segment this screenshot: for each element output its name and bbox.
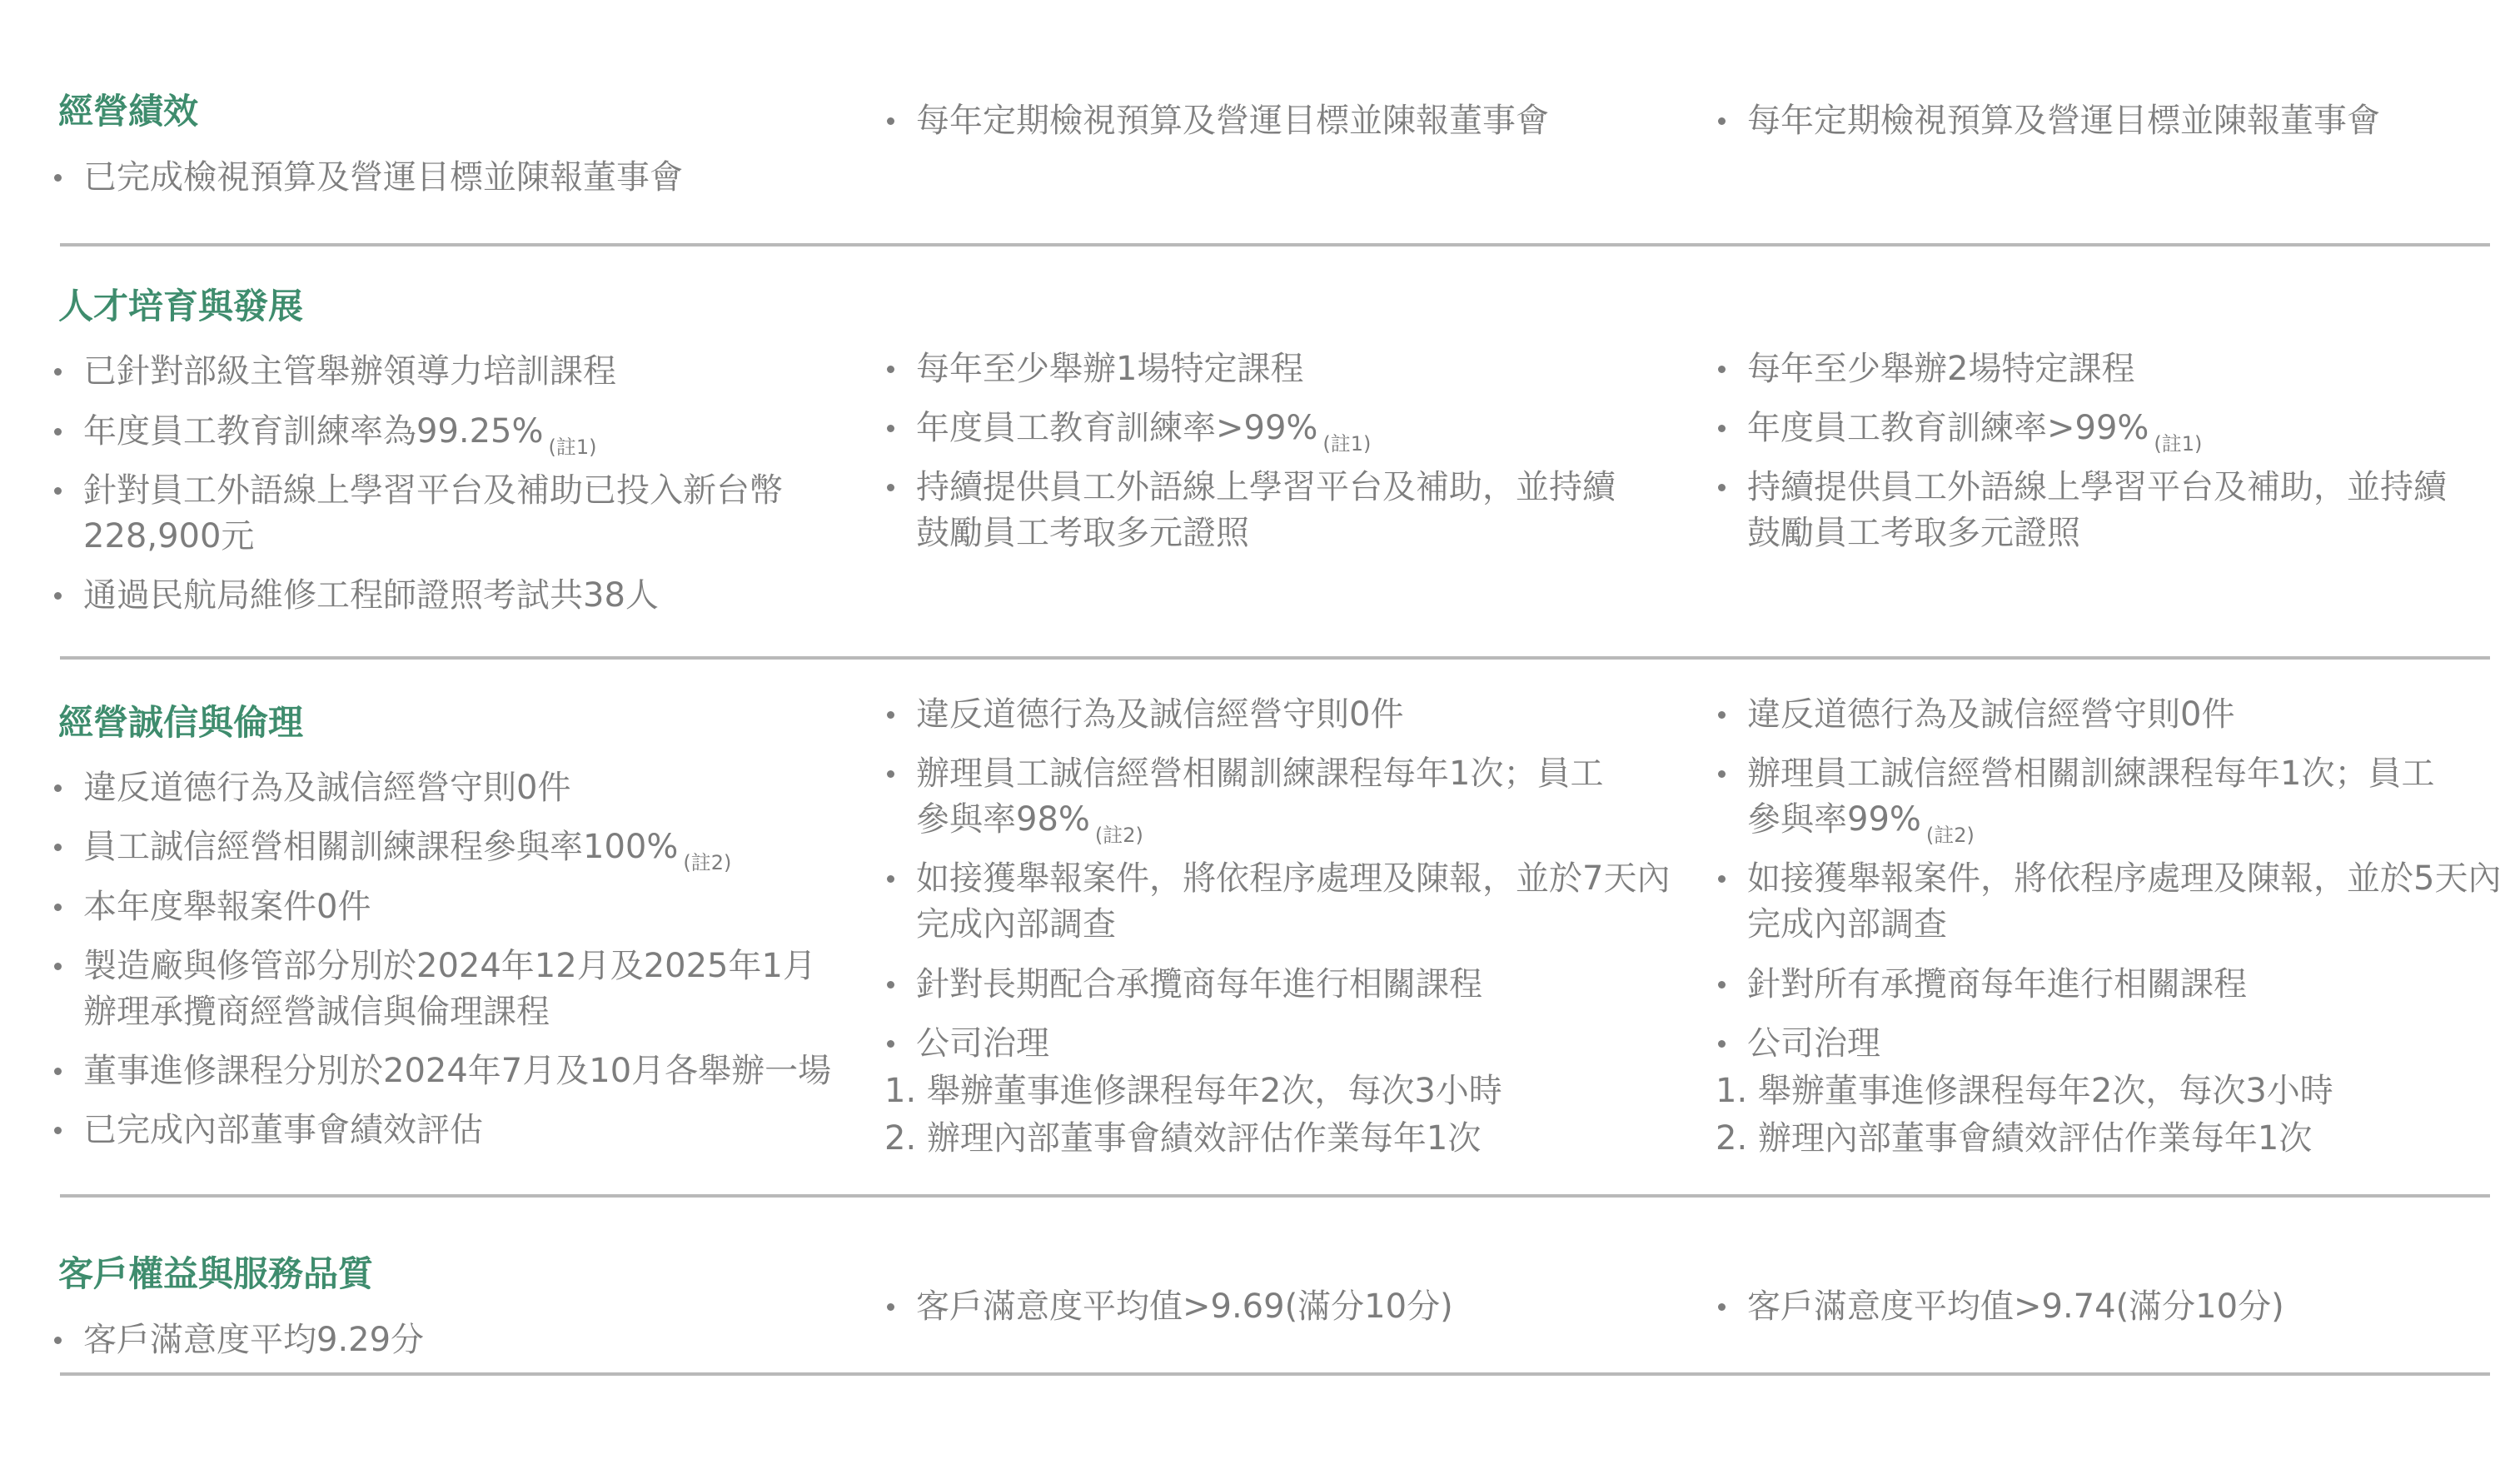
- table-row: 人才培育與發展 已針對部級主管舉辦領導力培訓課程 年度員工教育訓練率為99.25…: [0, 246, 2520, 656]
- bullet-text: 每年定期檢視預算及營運目標並陳報董事會: [1747, 98, 2380, 144]
- bullet-dot-icon: [1716, 98, 1747, 144]
- bullet-text: 違反道德行為及誠信經營守則0件: [83, 765, 570, 811]
- column-1-cell: 經營誠信與倫理 違反道德行為及誠信經營守則0件 員工誠信經營相關訓練課程參與率1…: [52, 700, 884, 1154]
- bullet-dot-icon: [1716, 465, 1747, 556]
- column-3-cell: 每年至少舉辦2場特定課程 年度員工教育訓練率>99%(註1) 持續提供員工外語線…: [1716, 346, 2493, 557]
- bullet-dot-icon: [1716, 406, 1747, 451]
- list-item: 公司治理: [884, 1021, 1716, 1067]
- section-title: 經營誠信與倫理: [58, 700, 884, 746]
- sub-list-item: 2. 辦理內部董事會績效評估作業每年1次: [1716, 1116, 2493, 1162]
- list-item: 已完成內部董事會績效評估: [52, 1108, 884, 1153]
- column-3-cell: 客戶滿意度平均值>9.74(滿分10分): [1716, 1284, 2493, 1330]
- esg-report-page: { "colors": { "section_title_green": "#3…: [0, 0, 2520, 1479]
- footnote-ref: (註2): [1095, 824, 1143, 847]
- sub-list-item: 1. 舉辦董事進修課程每年2次，每次3小時: [1716, 1068, 2493, 1114]
- bullet-text: 通過民航局維修工程師證照考試共38人: [83, 573, 659, 619]
- bullet-text: 完成內部調查: [916, 902, 1670, 948]
- bullet-text: 製造廠與修管部分別於2024年12月及2025年1月: [83, 944, 816, 989]
- bullet-dot-icon: [1716, 1284, 1747, 1330]
- list-item: 違反道德行為及誠信經營守則0件: [884, 692, 1716, 738]
- bullet-dot-icon: [52, 884, 83, 930]
- table-row: 經營誠信與倫理 違反道德行為及誠信經營守則0件 員工誠信經營相關訓練課程參與率1…: [0, 660, 2520, 1194]
- bullet-dot-icon: [52, 468, 83, 560]
- bullet-dot-icon: [884, 856, 916, 948]
- list-item: 辦理員工誠信經營相關訓練課程每年1次；員工 參與率99%(註2): [1716, 751, 2493, 843]
- list-item: 如接獲舉報案件，將依程序處理及陳報，並於7天內 完成內部調查: [884, 856, 1716, 948]
- column-2-cell: 客戶滿意度平均值>9.69(滿分10分): [884, 1284, 1716, 1330]
- bullet-text: 已針對部級主管舉辦領導力培訓課程: [83, 349, 616, 395]
- bullet-dot-icon: [1716, 962, 1747, 1008]
- footnote-ref: (註1): [2154, 432, 2202, 456]
- bullet-text: 完成內部調查: [1747, 902, 2493, 948]
- bullet-text: 客戶滿意度平均值>9.74(滿分10分): [1747, 1284, 2284, 1330]
- esg-goals-table: 經營績效 已完成檢視預算及營運目標並陳報董事會 每年定期檢視預算及營運目標並陳報…: [0, 0, 2520, 1376]
- bullet-dot-icon: [52, 824, 83, 870]
- bullet-text: 董事進修課程分別於2024年7月及10月各舉辦一場: [83, 1048, 831, 1094]
- bullet-dot-icon: [1716, 751, 1747, 843]
- list-item: 客戶滿意度平均9.29分: [52, 1317, 884, 1363]
- column-2-cell: 每年至少舉辦1場特定課程 年度員工教育訓練率>99%(註1) 持續提供員工外語線…: [884, 346, 1716, 557]
- list-item: 年度員工教育訓練率>99%(註1): [1716, 406, 2493, 451]
- sub-list-item: 1. 舉辦董事進修課程每年2次，每次3小時: [884, 1068, 1716, 1114]
- bullet-text: 如接獲舉報案件，將依程序處理及陳報，並於5天內: [1747, 856, 2493, 902]
- bullet-text: 公司治理: [916, 1021, 1049, 1067]
- list-item: 本年度舉報案件0件: [52, 884, 884, 930]
- bullet-dot-icon: [884, 346, 916, 392]
- bullet-text: 已完成檢視預算及營運目標並陳報董事會: [83, 155, 683, 201]
- bullet-dot-icon: [52, 1048, 83, 1094]
- list-item: 如接獲舉報案件，將依程序處理及陳報，並於5天內 完成內部調查: [1716, 856, 2493, 948]
- table-row: 客戶權益與服務品質 客戶滿意度平均9.29分 客戶滿意度平均值>9.69(滿分1…: [0, 1198, 2520, 1372]
- bullet-text: 鼓勵員工考取多元證照: [916, 510, 1616, 556]
- list-item: 客戶滿意度平均值>9.69(滿分10分): [884, 1284, 1716, 1330]
- bullet-dot-icon: [52, 944, 83, 1035]
- bullet-text: 年度員工教育訓練率>99%(註1): [1747, 406, 2202, 451]
- bullet-text: 違反道德行為及誠信經營守則0件: [1747, 692, 2234, 738]
- footnote-ref: (註2): [1926, 824, 1975, 847]
- list-item: 辦理員工誠信經營相關訓練課程每年1次；員工 參與率98%(註2): [884, 751, 1716, 843]
- list-item: 客戶滿意度平均值>9.74(滿分10分): [1716, 1284, 2493, 1330]
- column-1-cell: 人才培育與發展 已針對部級主管舉辦領導力培訓課程 年度員工教育訓練率為99.25…: [52, 284, 884, 620]
- bullet-text: 本年度舉報案件0件: [83, 884, 371, 930]
- list-item: 公司治理: [1716, 1021, 2493, 1067]
- bullet-dot-icon: [52, 155, 83, 201]
- bullet-dot-icon: [884, 406, 916, 451]
- column-2-cell: 每年定期檢視預算及營運目標並陳報董事會: [884, 98, 1716, 144]
- bullet-dot-icon: [52, 1317, 83, 1363]
- sub-list-item: 2. 辦理內部董事會績效評估作業每年1次: [884, 1116, 1716, 1162]
- footnote-ref: (註2): [683, 851, 731, 874]
- section-title: 客戶權益與服務品質: [58, 1252, 884, 1297]
- bullet-text: 年度員工教育訓練率為99.25%(註1): [83, 409, 597, 455]
- list-item: 持續提供員工外語線上學習平台及補助，並持續 鼓勵員工考取多元證照: [1716, 465, 2493, 556]
- section-title: 人才培育與發展: [58, 284, 884, 330]
- bullet-text: 客戶滿意度平均值>9.69(滿分10分): [916, 1284, 1453, 1330]
- bullet-text: 公司治理: [1747, 1021, 1880, 1067]
- bullet-text: 持續提供員工外語線上學習平台及補助，並持續: [1747, 465, 2447, 510]
- bullet-dot-icon: [52, 765, 83, 811]
- footnote-ref: (註1): [1322, 432, 1371, 456]
- bullet-text: 年度員工教育訓練率>99%(註1): [916, 406, 1371, 451]
- bullet-dot-icon: [52, 409, 83, 455]
- list-item: 持續提供員工外語線上學習平台及補助，並持續 鼓勵員工考取多元證照: [884, 465, 1716, 556]
- bullet-text: 每年至少舉辦1場特定課程: [916, 346, 1303, 392]
- bullet-dot-icon: [52, 573, 83, 619]
- bullet-dot-icon: [884, 962, 916, 1008]
- bullet-text: 辦理員工誠信經營相關訓練課程每年1次；員工: [1747, 751, 2434, 797]
- bullet-dot-icon: [1716, 856, 1747, 948]
- list-item: 每年定期檢視預算及營運目標並陳報董事會: [884, 98, 1716, 144]
- list-item: 針對員工外語線上學習平台及補助已投入新台幣 228,900元: [52, 468, 884, 560]
- bullet-dot-icon: [884, 692, 916, 738]
- list-item: 製造廠與修管部分別於2024年12月及2025年1月 辦理承攬商經營誠信與倫理課…: [52, 944, 884, 1035]
- list-item: 已針對部級主管舉辦領導力培訓課程: [52, 349, 884, 395]
- row-divider: [60, 1372, 2490, 1376]
- bullet-text: 針對所有承攬商每年進行相關課程: [1747, 962, 2247, 1008]
- list-item: 年度員工教育訓練率為99.25%(註1): [52, 409, 884, 455]
- bullet-text: 員工誠信經營相關訓練課程參與率100%(註2): [83, 824, 731, 870]
- list-item: 針對所有承攬商每年進行相關課程: [1716, 962, 2493, 1008]
- bullet-dot-icon: [884, 751, 916, 843]
- list-item: 違反道德行為及誠信經營守則0件: [52, 765, 884, 811]
- bullet-dot-icon: [884, 465, 916, 556]
- bullet-text: 參與率99%(註2): [1747, 797, 2434, 843]
- column-2-cell: 違反道德行為及誠信經營守則0件 辦理員工誠信經營相關訓練課程每年1次；員工 參與…: [884, 692, 1716, 1163]
- list-item: 針對長期配合承攬商每年進行相關課程: [884, 962, 1716, 1008]
- column-1-cell: 客戶權益與服務品質 客戶滿意度平均9.29分: [52, 1252, 884, 1363]
- bullet-dot-icon: [884, 1284, 916, 1330]
- bullet-text: 鼓勵員工考取多元證照: [1747, 510, 2447, 556]
- bullet-text: 違反道德行為及誠信經營守則0件: [916, 692, 1403, 738]
- bullet-dot-icon: [1716, 692, 1747, 738]
- table-row: 經營績效 已完成檢視預算及營運目標並陳報董事會 每年定期檢視預算及營運目標並陳報…: [0, 0, 2520, 243]
- list-item: 每年定期檢視預算及營運目標並陳報董事會: [1716, 98, 2493, 144]
- column-3-cell: 違反道德行為及誠信經營守則0件 辦理員工誠信經營相關訓練課程每年1次；員工 參與…: [1716, 692, 2493, 1163]
- bullet-dot-icon: [1716, 1021, 1747, 1067]
- list-item: 員工誠信經營相關訓練課程參與率100%(註2): [52, 824, 884, 870]
- list-item: 已完成檢視預算及營運目標並陳報董事會: [52, 155, 884, 201]
- column-3-cell: 每年定期檢視預算及營運目標並陳報董事會: [1716, 98, 2493, 144]
- list-item: 年度員工教育訓練率>99%(註1): [884, 406, 1716, 451]
- bullet-text: 辦理員工誠信經營相關訓練課程每年1次；員工: [916, 751, 1603, 797]
- bullet-text: 每年定期檢視預算及營運目標並陳報董事會: [916, 98, 1549, 144]
- bullet-text: 每年至少舉辦2場特定課程: [1747, 346, 2134, 392]
- bullet-dot-icon: [1716, 346, 1747, 392]
- bullet-text: 持續提供員工外語線上學習平台及補助，並持續: [916, 465, 1616, 510]
- list-item: 每年至少舉辦2場特定課程: [1716, 346, 2493, 392]
- bullet-text: 辦理承攬商經營誠信與倫理課程: [83, 989, 816, 1035]
- bullet-text: 如接獲舉報案件，將依程序處理及陳報，並於7天內: [916, 856, 1670, 902]
- bullet-dot-icon: [52, 349, 83, 395]
- bullet-text: 針對員工外語線上學習平台及補助已投入新台幣: [83, 468, 783, 514]
- bullet-text: 客戶滿意度平均9.29分: [83, 1317, 424, 1363]
- list-item: 違反道德行為及誠信經營守則0件: [1716, 692, 2493, 738]
- bullet-dot-icon: [884, 98, 916, 144]
- list-item: 董事進修課程分別於2024年7月及10月各舉辦一場: [52, 1048, 884, 1094]
- section-title: 經營績效: [58, 89, 884, 135]
- bullet-dot-icon: [884, 1021, 916, 1067]
- bullet-text: 228,900元: [83, 514, 783, 560]
- column-1-cell: 經營績效 已完成檢視預算及營運目標並陳報董事會: [52, 89, 884, 201]
- bullet-text: 已完成內部董事會績效評估: [83, 1108, 483, 1153]
- list-item: 通過民航局維修工程師證照考試共38人: [52, 573, 884, 619]
- bullet-text: 參與率98%(註2): [916, 797, 1603, 843]
- list-item: 每年至少舉辦1場特定課程: [884, 346, 1716, 392]
- bullet-text: 針對長期配合承攬商每年進行相關課程: [916, 962, 1482, 1008]
- footnote-ref: (註1): [549, 436, 597, 459]
- bullet-dot-icon: [52, 1108, 83, 1153]
